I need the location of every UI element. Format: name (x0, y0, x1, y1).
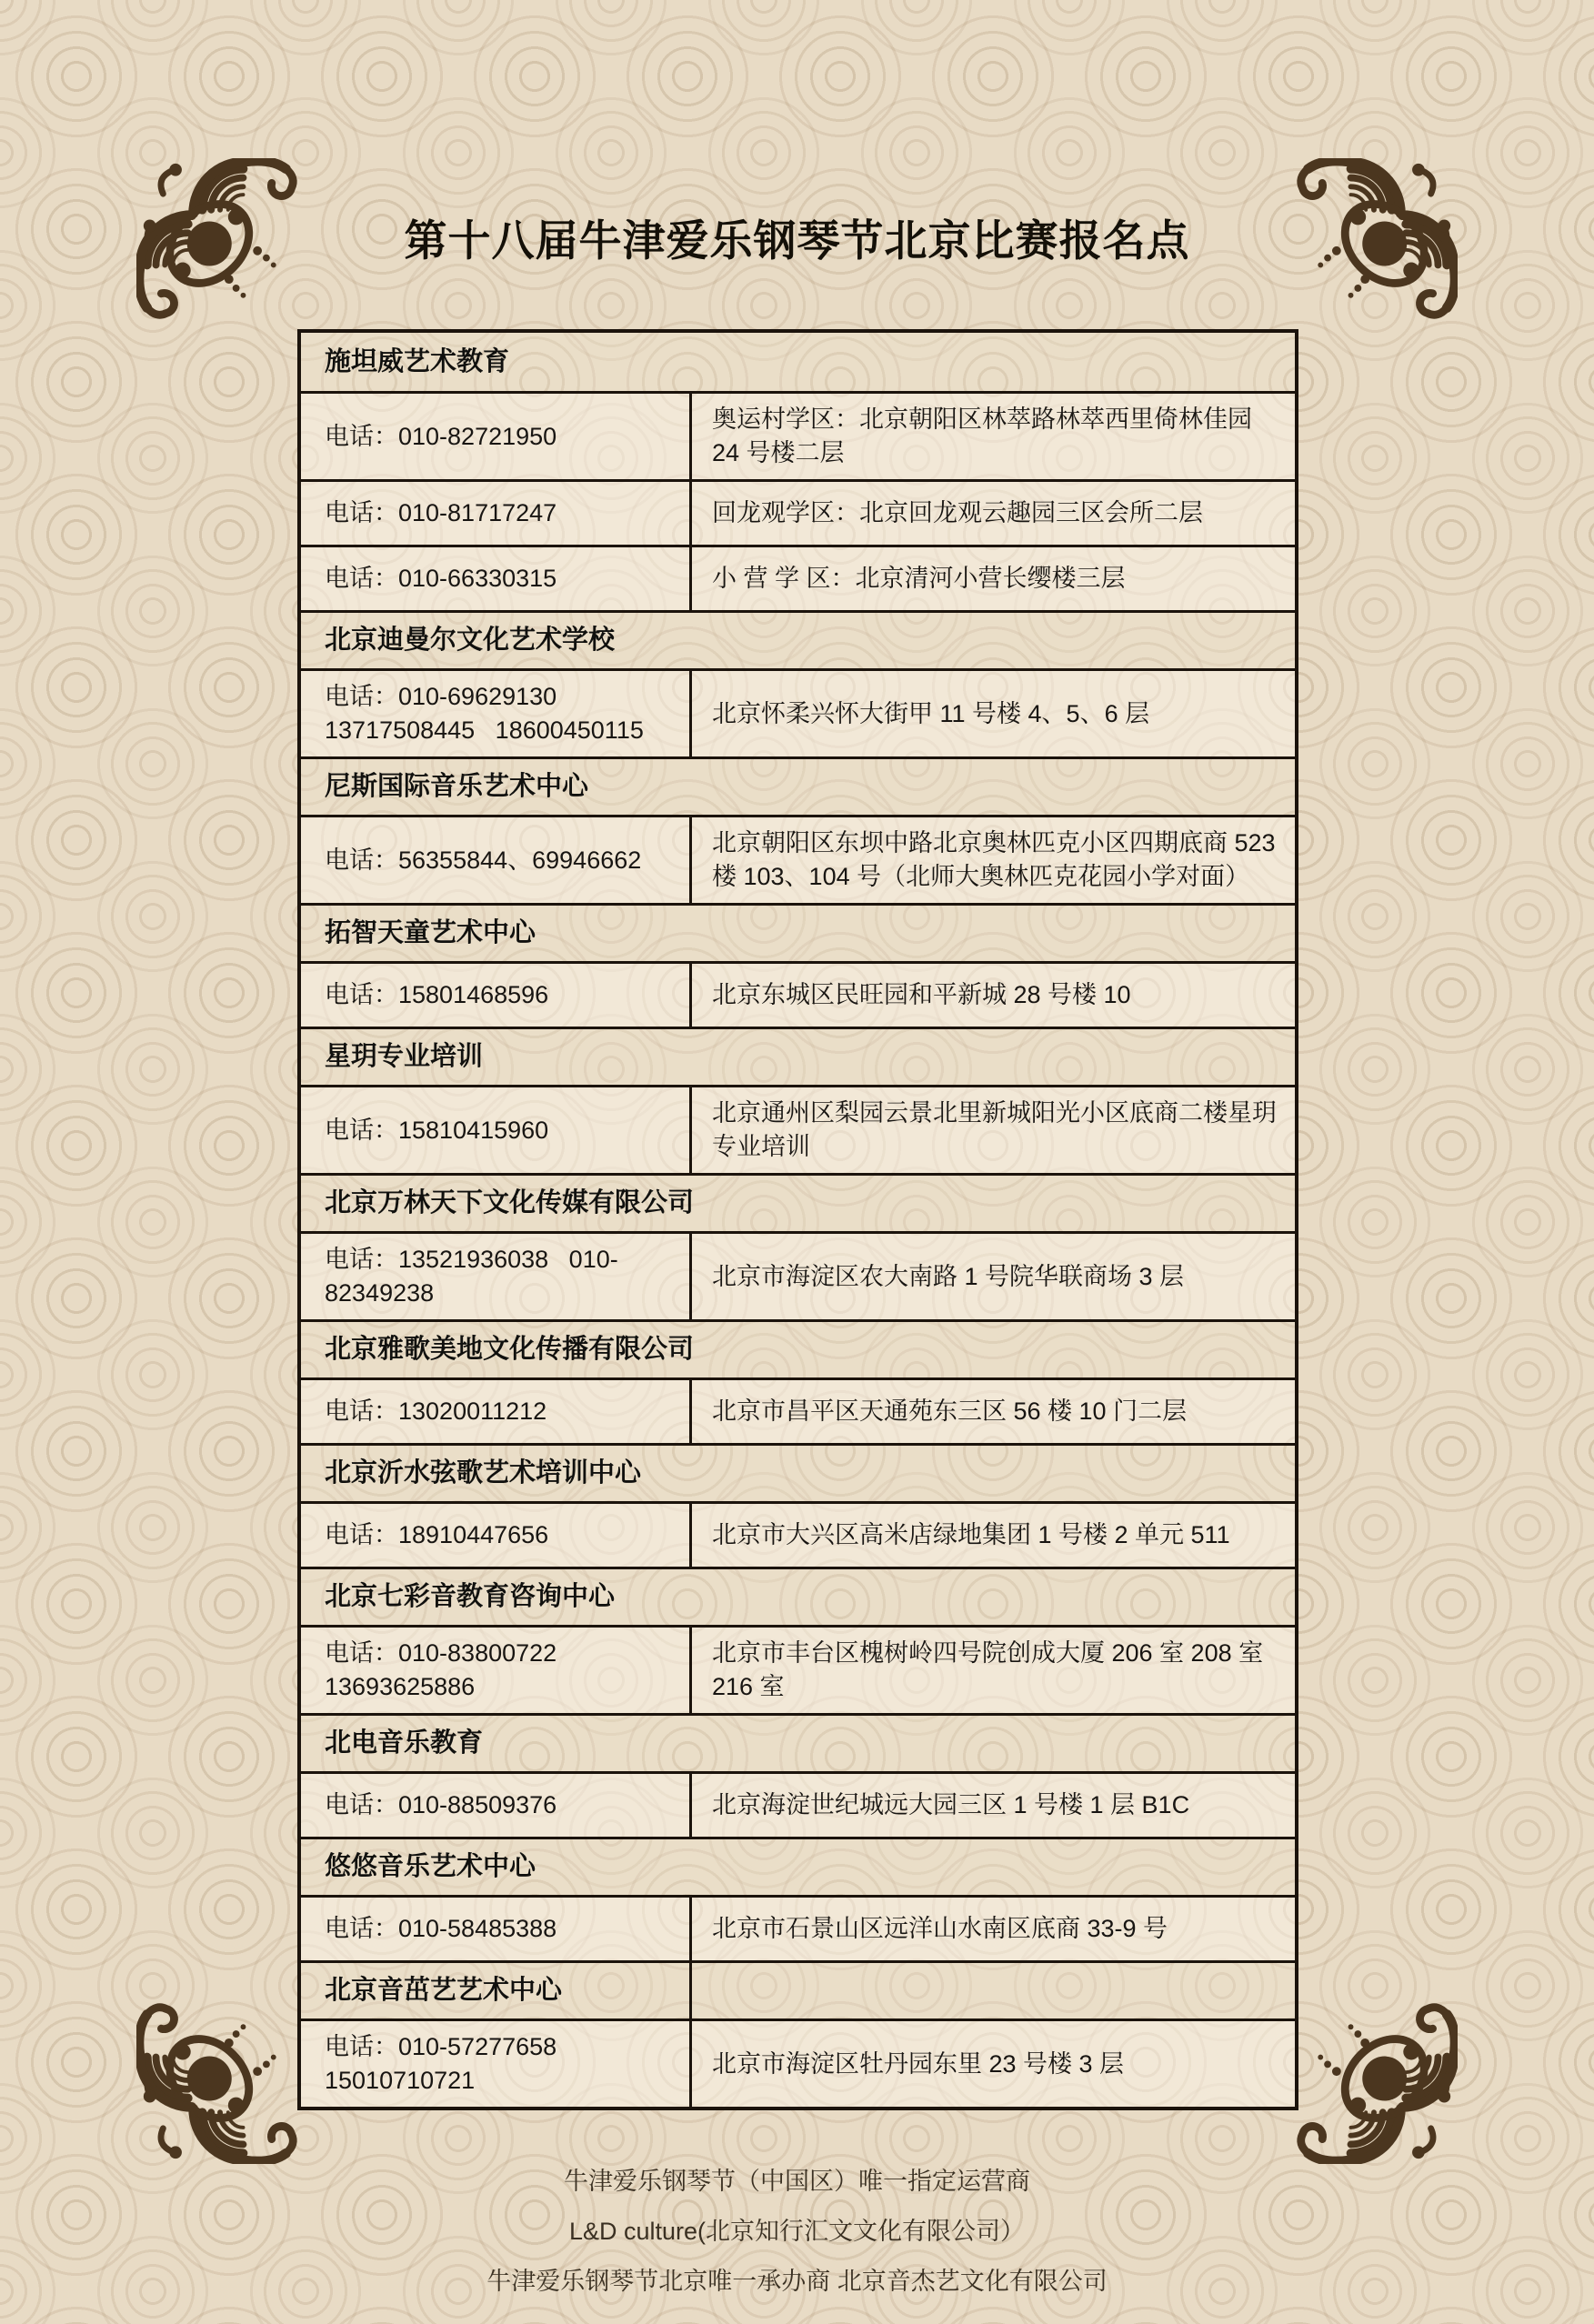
table-row: 电话：010-82721950奥运村学区：北京朝阳区林萃路林萃西里倚林佳园 24… (301, 391, 1295, 479)
org-name: 星玥专业培训 (301, 1029, 1295, 1085)
address-cell: 北京通州区梨园云景北里新城阳光小区底商二楼星玥专业培训 (692, 1087, 1295, 1173)
table-row: 电话：010-57277658 15010710721北京市海淀区牡丹园东里 2… (301, 2018, 1295, 2107)
section-header-row: 悠悠音乐艺术中心 (301, 1837, 1295, 1895)
phone-cell: 电话：010-57277658 15010710721 (301, 2021, 692, 2107)
phone-cell: 电话：010-88509376 (301, 1774, 692, 1837)
phone-cell: 电话：13521936038 010-82349238 (301, 1234, 692, 1319)
table-row: 电话：010-81717247回龙观学区：北京回龙观云趣园三区会所二层 (301, 479, 1295, 545)
address-cell: 北京怀柔兴怀大街甲 11 号楼 4、5、6 层 (692, 671, 1295, 756)
corner-ornament-bottom-left (136, 1995, 306, 2164)
registration-table: 施坦威艺术教育电话：010-82721950奥运村学区：北京朝阳区林萃路林萃西里… (297, 329, 1298, 2110)
section-header-row: 北电音乐教育 (301, 1713, 1295, 1771)
table-row: 电话：13521936038 010-82349238北京市海淀区农大南路 1 … (301, 1231, 1295, 1319)
poster-page: { "page": { "title": "第十八届牛津爱乐钢琴节北京比赛报名点… (0, 0, 1594, 2324)
org-name: 北京万林天下文化传媒有限公司 (301, 1176, 1295, 1231)
address-cell: 奥运村学区：北京朝阳区林萃路林萃西里倚林佳园 24 号楼二层 (692, 394, 1295, 479)
org-name: 北京迪曼尔文化艺术学校 (301, 613, 1295, 668)
empty-cell (692, 1963, 1295, 2018)
address-cell: 北京市石景山区远洋山水南区底商 33-9 号 (692, 1898, 1295, 1960)
org-name: 北京沂水弦歌艺术培训中心 (301, 1446, 1295, 1501)
org-name: 施坦威艺术教育 (301, 333, 1295, 391)
section-header-row: 北京音茁艺艺术中心 (301, 1960, 1295, 2018)
address-cell: 北京市海淀区农大南路 1 号院华联商场 3 层 (692, 1234, 1295, 1319)
org-name: 尼斯国际音乐艺术中心 (301, 759, 1295, 815)
address-cell: 北京市昌平区天通苑东三区 56 楼 10 门二层 (692, 1380, 1295, 1443)
table-row: 电话：010-58485388北京市石景山区远洋山水南区底商 33-9 号 (301, 1895, 1295, 1960)
table-row: 电话：15801468596北京东城区民旺园和平新城 28 号楼 10 (301, 961, 1295, 1027)
org-name: 北京雅歌美地文化传播有限公司 (301, 1322, 1295, 1377)
phone-cell: 电话：18910447656 (301, 1504, 692, 1567)
phone-cell: 电话：010-82721950 (301, 394, 692, 479)
table-row: 电话：13020011212北京市昌平区天通苑东三区 56 楼 10 门二层 (301, 1377, 1295, 1443)
address-cell: 小 营 学 区：北京清河小营长缨楼三层 (692, 547, 1295, 610)
corner-ornament-top-right (1288, 158, 1458, 327)
address-cell: 北京市大兴区高米店绿地集团 1 号楼 2 单元 511 (692, 1504, 1295, 1567)
phone-cell: 电话：010-58485388 (301, 1898, 692, 1960)
table-row: 电话：15810415960北京通州区梨园云景北里新城阳光小区底商二楼星玥专业培… (301, 1085, 1295, 1173)
address-cell: 北京市海淀区牡丹园东里 23 号楼 3 层 (692, 2021, 1295, 2107)
address-cell: 北京朝阳区东坝中路北京奥林匹克小区四期底商 523 楼 103、104 号（北师… (692, 817, 1295, 903)
section-header-row: 尼斯国际音乐艺术中心 (301, 756, 1295, 815)
org-name: 北京七彩音教育咨询中心 (301, 1569, 1295, 1625)
address-cell: 北京东城区民旺园和平新城 28 号楼 10 (692, 964, 1295, 1027)
table-row: 电话：18910447656北京市大兴区高米店绿地集团 1 号楼 2 单元 51… (301, 1501, 1295, 1567)
table-row: 电话：010-83800722 13693625886北京市丰台区槐树岭四号院创… (301, 1625, 1295, 1713)
footer-operator-line: 牛津爱乐钢琴节（中国区）唯一指定运营商 (0, 2157, 1594, 2207)
corner-ornament-top-left (136, 158, 306, 327)
section-header-row: 北京雅歌美地文化传播有限公司 (301, 1319, 1295, 1377)
phone-cell: 电话：56355844、69946662 (301, 817, 692, 903)
section-header-row: 北京万林天下文化传媒有限公司 (301, 1173, 1295, 1231)
address-cell: 回龙观学区：北京回龙观云趣园三区会所二层 (692, 482, 1295, 545)
address-cell: 北京市丰台区槐树岭四号院创成大厦 206 室 208 室 216 室 (692, 1628, 1295, 1713)
phone-cell: 电话：010-81717247 (301, 482, 692, 545)
section-header-row: 北京七彩音教育咨询中心 (301, 1567, 1295, 1625)
org-name: 北电音乐教育 (301, 1716, 1295, 1771)
corner-ornament-bottom-right (1288, 1995, 1458, 2164)
section-header-row: 拓智天童艺术中心 (301, 903, 1295, 961)
section-header-row: 星玥专业培训 (301, 1027, 1295, 1085)
section-header-row: 北京沂水弦歌艺术培训中心 (301, 1443, 1295, 1501)
phone-cell: 电话：15801468596 (301, 964, 692, 1027)
footer: 牛津爱乐钢琴节（中国区）唯一指定运营商 L&D culture(北京知行汇文文化… (0, 2157, 1594, 2307)
table-row: 电话：56355844、69946662北京朝阳区东坝中路北京奥林匹克小区四期底… (301, 815, 1295, 903)
phone-cell: 电话：13020011212 (301, 1380, 692, 1443)
footer-company-line: L&D culture(北京知行汇文文化有限公司） (0, 2207, 1594, 2257)
section-header-row: 北京迪曼尔文化艺术学校 (301, 610, 1295, 668)
section-header-row: 施坦威艺术教育 (301, 333, 1295, 391)
phone-cell: 电话：010-69629130 13717508445 18600450115 (301, 671, 692, 756)
table-row: 电话：010-69629130 13717508445 18600450115北… (301, 668, 1295, 756)
phone-cell: 电话：010-83800722 13693625886 (301, 1628, 692, 1713)
org-name: 拓智天童艺术中心 (301, 906, 1295, 961)
phone-cell: 电话：010-66330315 (301, 547, 692, 610)
org-name: 悠悠音乐艺术中心 (301, 1839, 1295, 1895)
phone-cell: 电话：15810415960 (301, 1087, 692, 1173)
table-row: 电话：010-88509376北京海淀世纪城远大园三区 1 号楼 1 层 B1C (301, 1771, 1295, 1837)
footer-organizer-line: 牛津爱乐钢琴节北京唯一承办商 北京音杰艺文化有限公司 (0, 2257, 1594, 2307)
address-cell: 北京海淀世纪城远大园三区 1 号楼 1 层 B1C (692, 1774, 1295, 1837)
org-name: 北京音茁艺艺术中心 (301, 1963, 692, 2018)
table-row: 电话：010-66330315小 营 学 区：北京清河小营长缨楼三层 (301, 545, 1295, 610)
